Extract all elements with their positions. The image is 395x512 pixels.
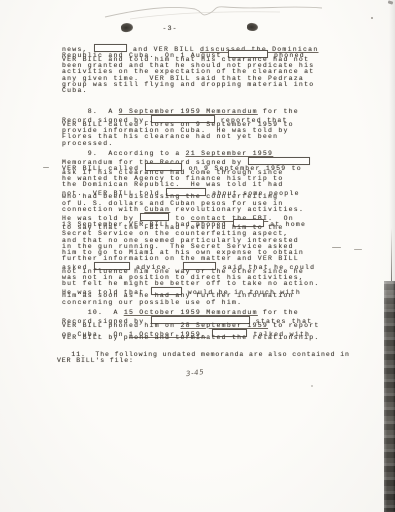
text-segment: but felt he might be better off to take … [62, 280, 320, 287]
text-segment: 8. A [62, 108, 119, 115]
text-segment: 9 September 1959 Memorandum [119, 108, 258, 115]
text-line: group was still flying and dropping mate… [62, 82, 318, 88]
document-paragraph: 10. A 15 October 1959 Memorandum for the… [62, 310, 320, 342]
document-paragraph: 11. The following undated memoranda are … [57, 352, 350, 365]
text-line: VER BILL by phone and terminated the rel… [62, 335, 320, 341]
text-segment: VER BILL's file: [57, 357, 134, 364]
text-segment: Cuban [144, 206, 170, 213]
scan-speck [371, 17, 373, 19]
text-line: concerning our possible use of him. [62, 300, 320, 306]
text-segment: Cuba. [62, 87, 88, 94]
text-segment: VER BILL phoned him on [62, 322, 180, 329]
scan-speck [311, 385, 313, 387]
text-segment: revolutionary activities. [170, 206, 304, 213]
text-line: VER BILL's file: [57, 358, 350, 364]
text-segment: 15 October 1959 Memorandum [124, 309, 258, 316]
text-segment: 21 September 1959 [186, 150, 274, 157]
text-segment: 10. A [62, 309, 124, 316]
text-segment: to report [268, 322, 320, 329]
document-paragraph: 9. According to a 21 September 1959Memor… [62, 151, 320, 306]
text-line: connection with Cuban revolutionary acti… [62, 207, 320, 213]
scanned-page: -3- news, and VER BILL discussed the Dom… [0, 0, 395, 512]
text-line: Cuba. [62, 88, 318, 94]
text-segment: concerning our possible use of him. [62, 299, 242, 306]
text-segment: VER BILL by phone and terminated the rel… [62, 334, 320, 341]
scan-speck [43, 167, 49, 168]
text-segment: connection with [62, 206, 144, 213]
document-paragraph: news, and VER BILL discussed the Dominic… [62, 44, 318, 95]
scan-speck [332, 247, 341, 248]
text-segment: 9. According to a [62, 150, 186, 157]
document-body: news, and VER BILL discussed the Dominic… [0, 0, 395, 512]
scan-speck [354, 249, 362, 250]
text-line: processed. [62, 141, 299, 147]
text-segment: for the [258, 108, 299, 115]
page-edge-shadow [389, 0, 395, 512]
text-segment: group was still flying and dropping mate… [62, 81, 314, 88]
text-segment: for the [258, 309, 299, 316]
text-segment: 28 September 1959 [180, 322, 268, 329]
text-segment: processed. [62, 140, 114, 147]
text-segment: the Dominican Republic. He was told it h… [62, 181, 283, 188]
text-segment: further information on the matter and VE… [62, 255, 299, 262]
document-paragraph: 8. A 9 September 1959 Memorandum for the… [62, 109, 299, 147]
